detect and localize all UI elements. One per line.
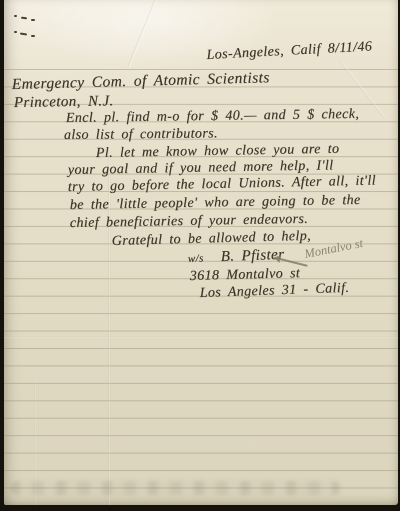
staple-mark-icon bbox=[20, 33, 27, 36]
paper-crease-top-left bbox=[127, 0, 159, 68]
paper-fold-horizontal bbox=[4, 336, 398, 339]
letter-page: Los-Angeles, Calif 8/11/46 Emergency Com… bbox=[4, 0, 398, 505]
staple-mark-icon bbox=[14, 31, 17, 33]
staple-mark-icon bbox=[31, 19, 35, 21]
staple-mark-icon bbox=[21, 17, 27, 20]
staple-mark-icon bbox=[14, 15, 17, 17]
dateline: Los-Angeles, Calif 8/11/46 bbox=[206, 39, 372, 64]
ink-bleed-through bbox=[10, 481, 340, 495]
body-line: also list of contributors. bbox=[64, 126, 218, 144]
scan-background: Los-Angeles, Calif 8/11/46 Emergency Com… bbox=[0, 0, 400, 511]
staple-mark-icon bbox=[31, 35, 35, 37]
recipient-line: Princeton, N.J. bbox=[14, 93, 114, 112]
signature-prefix: w/s bbox=[188, 252, 204, 265]
